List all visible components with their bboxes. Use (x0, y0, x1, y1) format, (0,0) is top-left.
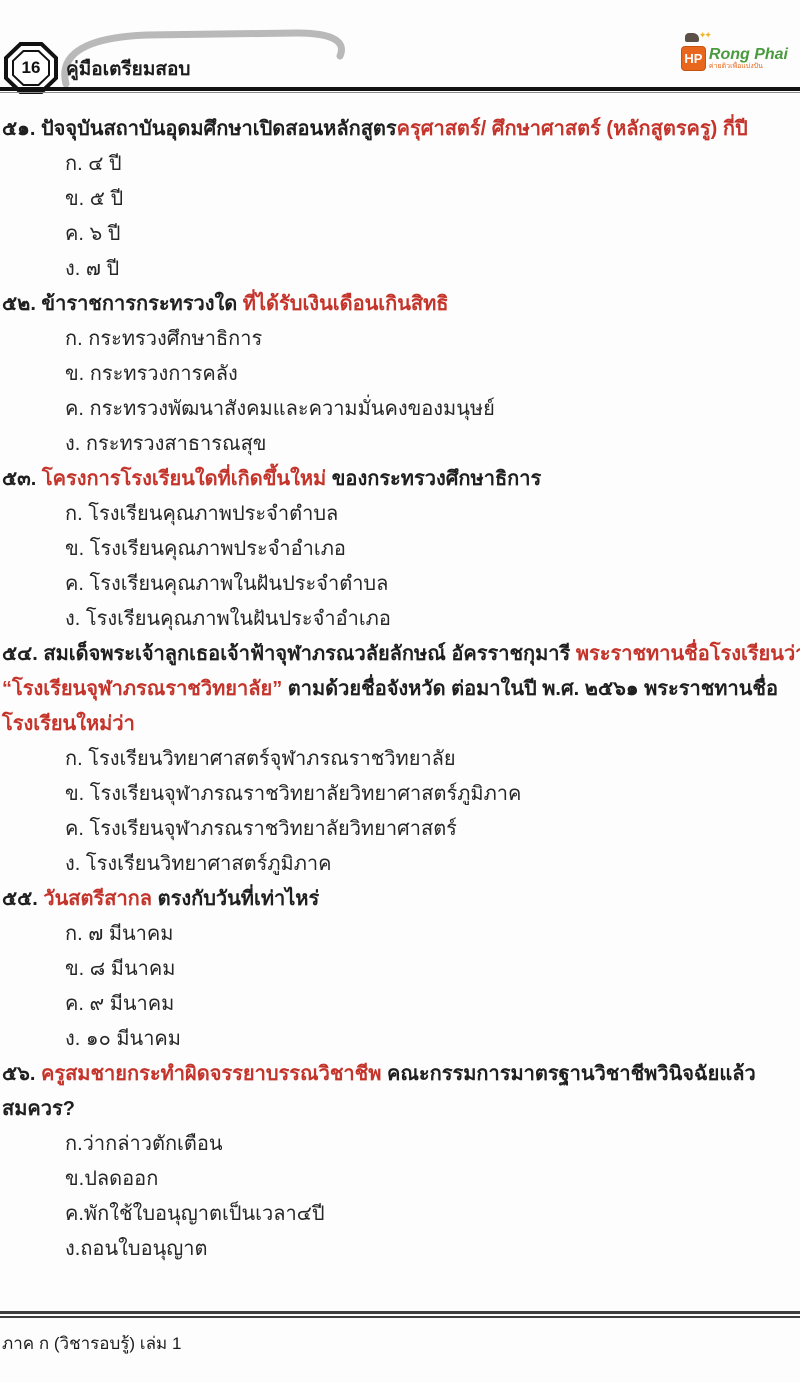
answer-option: ข. ๕ ปี (2, 182, 790, 217)
question-text-segment: ๕๑. ปัจจุบันสถาบันอุดมศึกษาเปิดสอนหลักสู… (2, 118, 397, 140)
question-text-segment: ที่ได้รับเงินเดือนเกินสิทธิ (243, 293, 449, 315)
answer-option: ข. โรงเรียนจุฬาภรณราชวิทยาลัยวิทยาศาสตร์… (2, 777, 790, 812)
answer-option: ง.ถอนใบอนุญาต (2, 1232, 790, 1267)
book-page: 16 คู่มือเตรียมสอบ ✦✦ HP Rong Phai ค่ายต… (0, 0, 800, 1383)
answer-option: ง. ๑๐ มีนาคม (2, 1022, 790, 1057)
answer-option: ค. กระทรวงพัฒนาสังคมและความมั่นคงของมนุษ… (2, 392, 790, 427)
question-text-segment: “โรงเรียนจุฬาภรณราชวิทยาลัย” (2, 678, 282, 700)
question-text-segment: โรงเรียนใหม่ว่า (2, 713, 135, 735)
logo-brand-name: Rong Phai (709, 46, 788, 63)
answer-option: ง. โรงเรียนวิทยาศาสตร์ภูมิภาค (2, 847, 790, 882)
question-block: ๕๖. ครูสมชายกระทำผิดจรรยาบรรณวิชาชีพ คณะ… (2, 1057, 790, 1267)
question-text-line: ๕๑. ปัจจุบันสถาบันอุดมศึกษาเปิดสอนหลักสู… (2, 112, 790, 147)
question-text-line: “โรงเรียนจุฬาภรณราชวิทยาลัย” ตามด้วยชื่อ… (2, 672, 790, 707)
sparkle-icon: ✦✦ (699, 30, 710, 41)
answer-option: ก. ๔ ปี (2, 147, 790, 182)
page-title: คู่มือเตรียมสอบ (66, 54, 190, 84)
question-text-segment: ครูสมชายกระทำผิดจรรยาบรรณวิชาชีพ (41, 1063, 381, 1085)
question-text-line: ๕๒. ข้าราชการกระทรวงใด ที่ได้รับเงินเดือ… (2, 287, 790, 322)
question-text-segment: สมควร? (2, 1098, 75, 1120)
question-text-segment: คณะกรรมการมาตรฐานวิชาชีพวินิจฉัยแล้ว (381, 1063, 755, 1085)
answer-option: ง. ๗ ปี (2, 252, 790, 287)
answer-option: ค. ๖ ปี (2, 217, 790, 252)
question-block: ๕๕. วันสตรีสากล ตรงกับวันที่เท่าไหร่ก. ๗… (2, 882, 790, 1057)
question-text-segment: ๕๖. (2, 1063, 41, 1085)
question-text-segment: ตรงกับวันที่เท่าไหร่ (152, 888, 319, 910)
question-text-line: ๕๓. โครงการโรงเรียนใดที่เกิดขึ้นใหม่ ของ… (2, 462, 790, 497)
question-text-line: ๕๖. ครูสมชายกระทำผิดจรรยาบรรณวิชาชีพ คณะ… (2, 1057, 790, 1092)
question-block: ๕๒. ข้าราชการกระทรวงใด ที่ได้รับเงินเดือ… (2, 287, 790, 462)
question-text-line: สมควร? (2, 1092, 790, 1127)
question-text-line: โรงเรียนใหม่ว่า (2, 707, 790, 742)
answer-option: ข.ปลดออก (2, 1162, 790, 1197)
answer-option: ก. โรงเรียนวิทยาศาสตร์จุฬาภรณราชวิทยาลัย (2, 742, 790, 777)
question-text-segment: ๕๓. (2, 468, 42, 490)
question-block: ๕๔. สมเด็จพระเจ้าลูกเธอเจ้าฟ้าจุฬาภรณวลั… (2, 637, 790, 882)
question-text-segment: ๕๕. (2, 888, 43, 910)
publisher-logo: ✦✦ HP Rong Phai ค่ายติวเพื่อแบ่งปัน (681, 46, 788, 71)
question-text-segment: ตามด้วยชื่อจังหวัด ต่อมาในปี พ.ศ. ๒๕๖๑ พ… (282, 678, 778, 700)
footer-section-label: ภาค ก (วิชารอบรู้) เล่ม 1 (2, 1330, 181, 1357)
question-text-line: ๕๔. สมเด็จพระเจ้าลูกเธอเจ้าฟ้าจุฬาภรณวลั… (2, 637, 790, 672)
question-text-segment: ๕๔. สมเด็จพระเจ้าลูกเธอเจ้าฟ้าจุฬาภรณวลั… (2, 643, 576, 665)
question-text-segment: ของกระทรวงศึกษาธิการ (326, 468, 541, 490)
logo-hp-mark: HP (681, 46, 706, 71)
question-block: ๕๓. โครงการโรงเรียนใดที่เกิดขึ้นใหม่ ของ… (2, 462, 790, 637)
answer-option: ข. ๘ มีนาคม (2, 952, 790, 987)
question-text-segment: วันสตรีสากล (43, 888, 152, 910)
answer-option: ง. โรงเรียนคุณภาพในฝันประจำอำเภอ (2, 602, 790, 637)
question-text-line: ๕๕. วันสตรีสากล ตรงกับวันที่เท่าไหร่ (2, 882, 790, 917)
questions-list: ๕๑. ปัจจุบันสถาบันอุดมศึกษาเปิดสอนหลักสู… (2, 112, 790, 1267)
answer-option: ข. โรงเรียนคุณภาพประจำอำเภอ (2, 532, 790, 567)
answer-option: ก.ว่ากล่าวตักเตือน (2, 1127, 790, 1162)
logo-mascot-icon (685, 33, 699, 42)
answer-option: ข. กระทรวงการคลัง (2, 357, 790, 392)
question-text-segment: พระราชทานชื่อโรงเรียนว่า (576, 643, 800, 665)
answer-option: ก. ๗ มีนาคม (2, 917, 790, 952)
footer-divider (0, 1311, 800, 1314)
question-text-segment: ๕๒. ข้าราชการกระทรวงใด (2, 293, 243, 315)
answer-option: ค.พักใช้ใบอนุญาตเป็นเวลา๔ปี (2, 1197, 790, 1232)
header-divider (0, 87, 800, 91)
logo-tagline: ค่ายติวเพื่อแบ่งปัน (709, 63, 788, 71)
question-text-segment: ครุศาสตร์/ ศึกษาศาสตร์ (หลักสูตรครู) กี่… (397, 118, 748, 140)
answer-option: ง. กระทรวงสาธารณสุข (2, 427, 790, 462)
answer-option: ก. โรงเรียนคุณภาพประจำตำบล (2, 497, 790, 532)
answer-option: ก. กระทรวงศึกษาธิการ (2, 322, 790, 357)
question-text-segment: โครงการโรงเรียนใดที่เกิดขึ้นใหม่ (42, 468, 326, 490)
answer-option: ค. ๙ มีนาคม (2, 987, 790, 1022)
answer-option: ค. โรงเรียนคุณภาพในฝันประจำตำบล (2, 567, 790, 602)
question-block: ๕๑. ปัจจุบันสถาบันอุดมศึกษาเปิดสอนหลักสู… (2, 112, 790, 287)
answer-option: ค. โรงเรียนจุฬาภรณราชวิทยาลัยวิทยาศาสตร์ (2, 812, 790, 847)
